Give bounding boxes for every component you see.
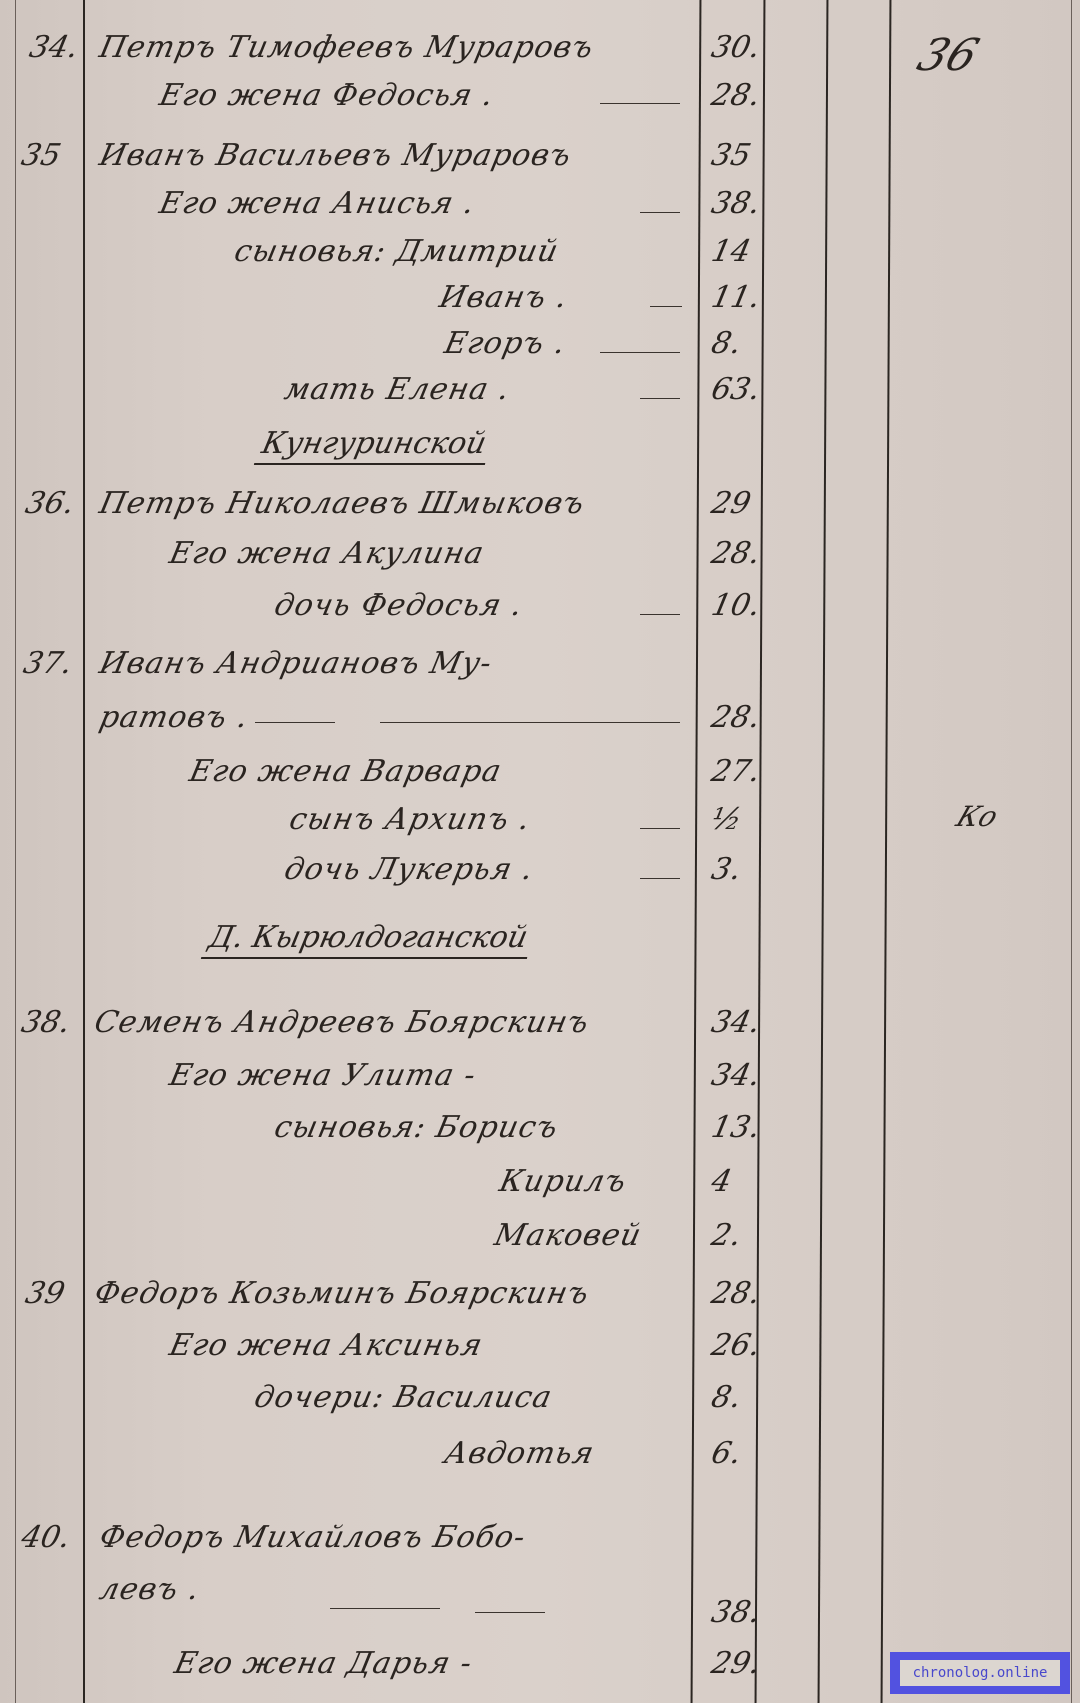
page-mark: 36 — [911, 30, 986, 81]
entry-age: 8. — [708, 326, 744, 361]
entry-number: 36. — [22, 486, 77, 521]
entry-age: 30. — [708, 30, 763, 65]
entry-number: 35 — [18, 138, 64, 173]
entry-son: сынъ Архипъ . — [286, 802, 534, 837]
entry-mother: мать Елена . — [281, 372, 513, 407]
entry-son: Иванъ . — [436, 280, 571, 315]
section-header: Д. Кырюлдоганской — [201, 920, 535, 959]
entry-wife: Его жена Акулина — [166, 536, 487, 571]
entry-wife: Его жена Федосья . — [156, 78, 497, 113]
entry-wife: Его жена Аксинья — [166, 1328, 486, 1363]
entry-age: 28. — [708, 536, 763, 571]
entry-number: 37. — [20, 646, 75, 681]
entry-head-name: Федоръ Михайловъ Бобо- — [96, 1520, 529, 1555]
fill-dash — [255, 722, 335, 723]
entry-daughter: дочери: Василиса — [251, 1380, 555, 1415]
entry-number: 38. — [18, 1005, 73, 1040]
watermark-text: chronolog.online — [913, 1665, 1048, 1681]
entry-age: 2. — [708, 1218, 744, 1253]
entry-age: 29. — [708, 1646, 763, 1681]
entry-age: 38. — [708, 186, 763, 221]
entry-son: Маковей — [491, 1218, 645, 1253]
entry-age: 34. — [708, 1058, 763, 1093]
entry-age: 10. — [708, 588, 763, 623]
watermark-inner: chronolog.online — [900, 1660, 1060, 1686]
entry-age: 63. — [708, 372, 763, 407]
entry-age: 14 — [708, 234, 754, 269]
fill-dash — [640, 878, 680, 879]
number-column-line — [83, 0, 85, 1703]
entry-age: 38. — [708, 1595, 763, 1630]
entry-head-name: Иванъ Васильевъ Мураровъ — [96, 138, 574, 173]
watermark-badge: chronolog.online — [890, 1652, 1070, 1694]
entry-son: Кирилъ — [496, 1164, 630, 1199]
fill-dash — [640, 212, 680, 213]
fill-dash — [650, 306, 682, 307]
entry-age: 29 — [708, 486, 754, 521]
age-column-line — [755, 0, 766, 1703]
entry-wife: Его жена Варвара — [186, 754, 505, 789]
entry-head-name: Федоръ Козьминъ Боярскинъ — [91, 1276, 592, 1311]
entry-age: 28. — [708, 78, 763, 113]
register-page: 36 Ко 34. Петръ Тимофеевъ Мураровъ 30. Е… — [0, 0, 1080, 1703]
entry-age: 27. — [708, 754, 763, 789]
entry-age: ½ — [708, 802, 745, 837]
fill-dash — [380, 722, 680, 723]
entry-wife: Его жена Улита - — [166, 1058, 479, 1093]
entry-age: 28. — [708, 700, 763, 735]
entry-son: сыновья: Дмитрий — [231, 234, 562, 269]
entry-daughter: дочь Федосья . — [271, 588, 526, 623]
section-header: Кунгуринской — [254, 426, 494, 465]
entry-age: 13. — [708, 1110, 763, 1145]
fill-dash — [640, 614, 680, 615]
entry-age: 28. — [708, 1276, 763, 1311]
fill-dash — [640, 398, 680, 399]
entry-son: Егоръ . — [441, 326, 569, 361]
entry-age: 11. — [708, 280, 763, 315]
entry-head-name: Петръ Тимофеевъ Мураровъ — [96, 30, 597, 65]
entry-daughter: Авдотья — [441, 1436, 597, 1471]
entry-age: 8. — [708, 1380, 744, 1415]
column-line-4 — [818, 0, 829, 1703]
fill-dash — [600, 103, 680, 104]
entry-head-name-cont: ратовъ . — [96, 700, 252, 735]
entry-daughter: дочь Лукерья . — [281, 852, 537, 887]
fill-dash — [600, 352, 680, 353]
entry-age: 4 — [708, 1164, 735, 1199]
entry-number: 40. — [18, 1520, 73, 1555]
left-margin-line — [15, 0, 16, 1703]
entry-age: 3. — [708, 852, 744, 887]
entry-son: сыновья: Борисъ — [271, 1110, 561, 1145]
margin-note: Ко — [952, 800, 1003, 833]
fill-dash — [640, 828, 680, 829]
entry-head-name: Петръ Николаевъ Шмыковъ — [96, 486, 588, 521]
entry-number: 34. — [26, 30, 81, 65]
entry-wife: Его жена Дарья - — [171, 1646, 475, 1681]
right-margin-line — [1071, 0, 1072, 1703]
entry-head-name: Иванъ Андриановъ Му- — [96, 646, 495, 681]
entry-wife: Его жена Анисья . — [156, 186, 478, 221]
fill-dash — [475, 1612, 545, 1613]
entry-age: 35 — [708, 138, 754, 173]
column-line-5 — [881, 0, 892, 1703]
entry-age: 26. — [708, 1328, 763, 1363]
entry-age: 34. — [708, 1005, 763, 1040]
entry-head-name: Семенъ Андреевъ Боярскинъ — [91, 1005, 592, 1040]
name-column-line — [691, 0, 702, 1703]
entry-age: 6. — [708, 1436, 744, 1471]
entry-head-name-cont: левъ . — [96, 1572, 203, 1607]
entry-number: 39 — [22, 1276, 68, 1311]
fill-dash — [330, 1608, 440, 1609]
